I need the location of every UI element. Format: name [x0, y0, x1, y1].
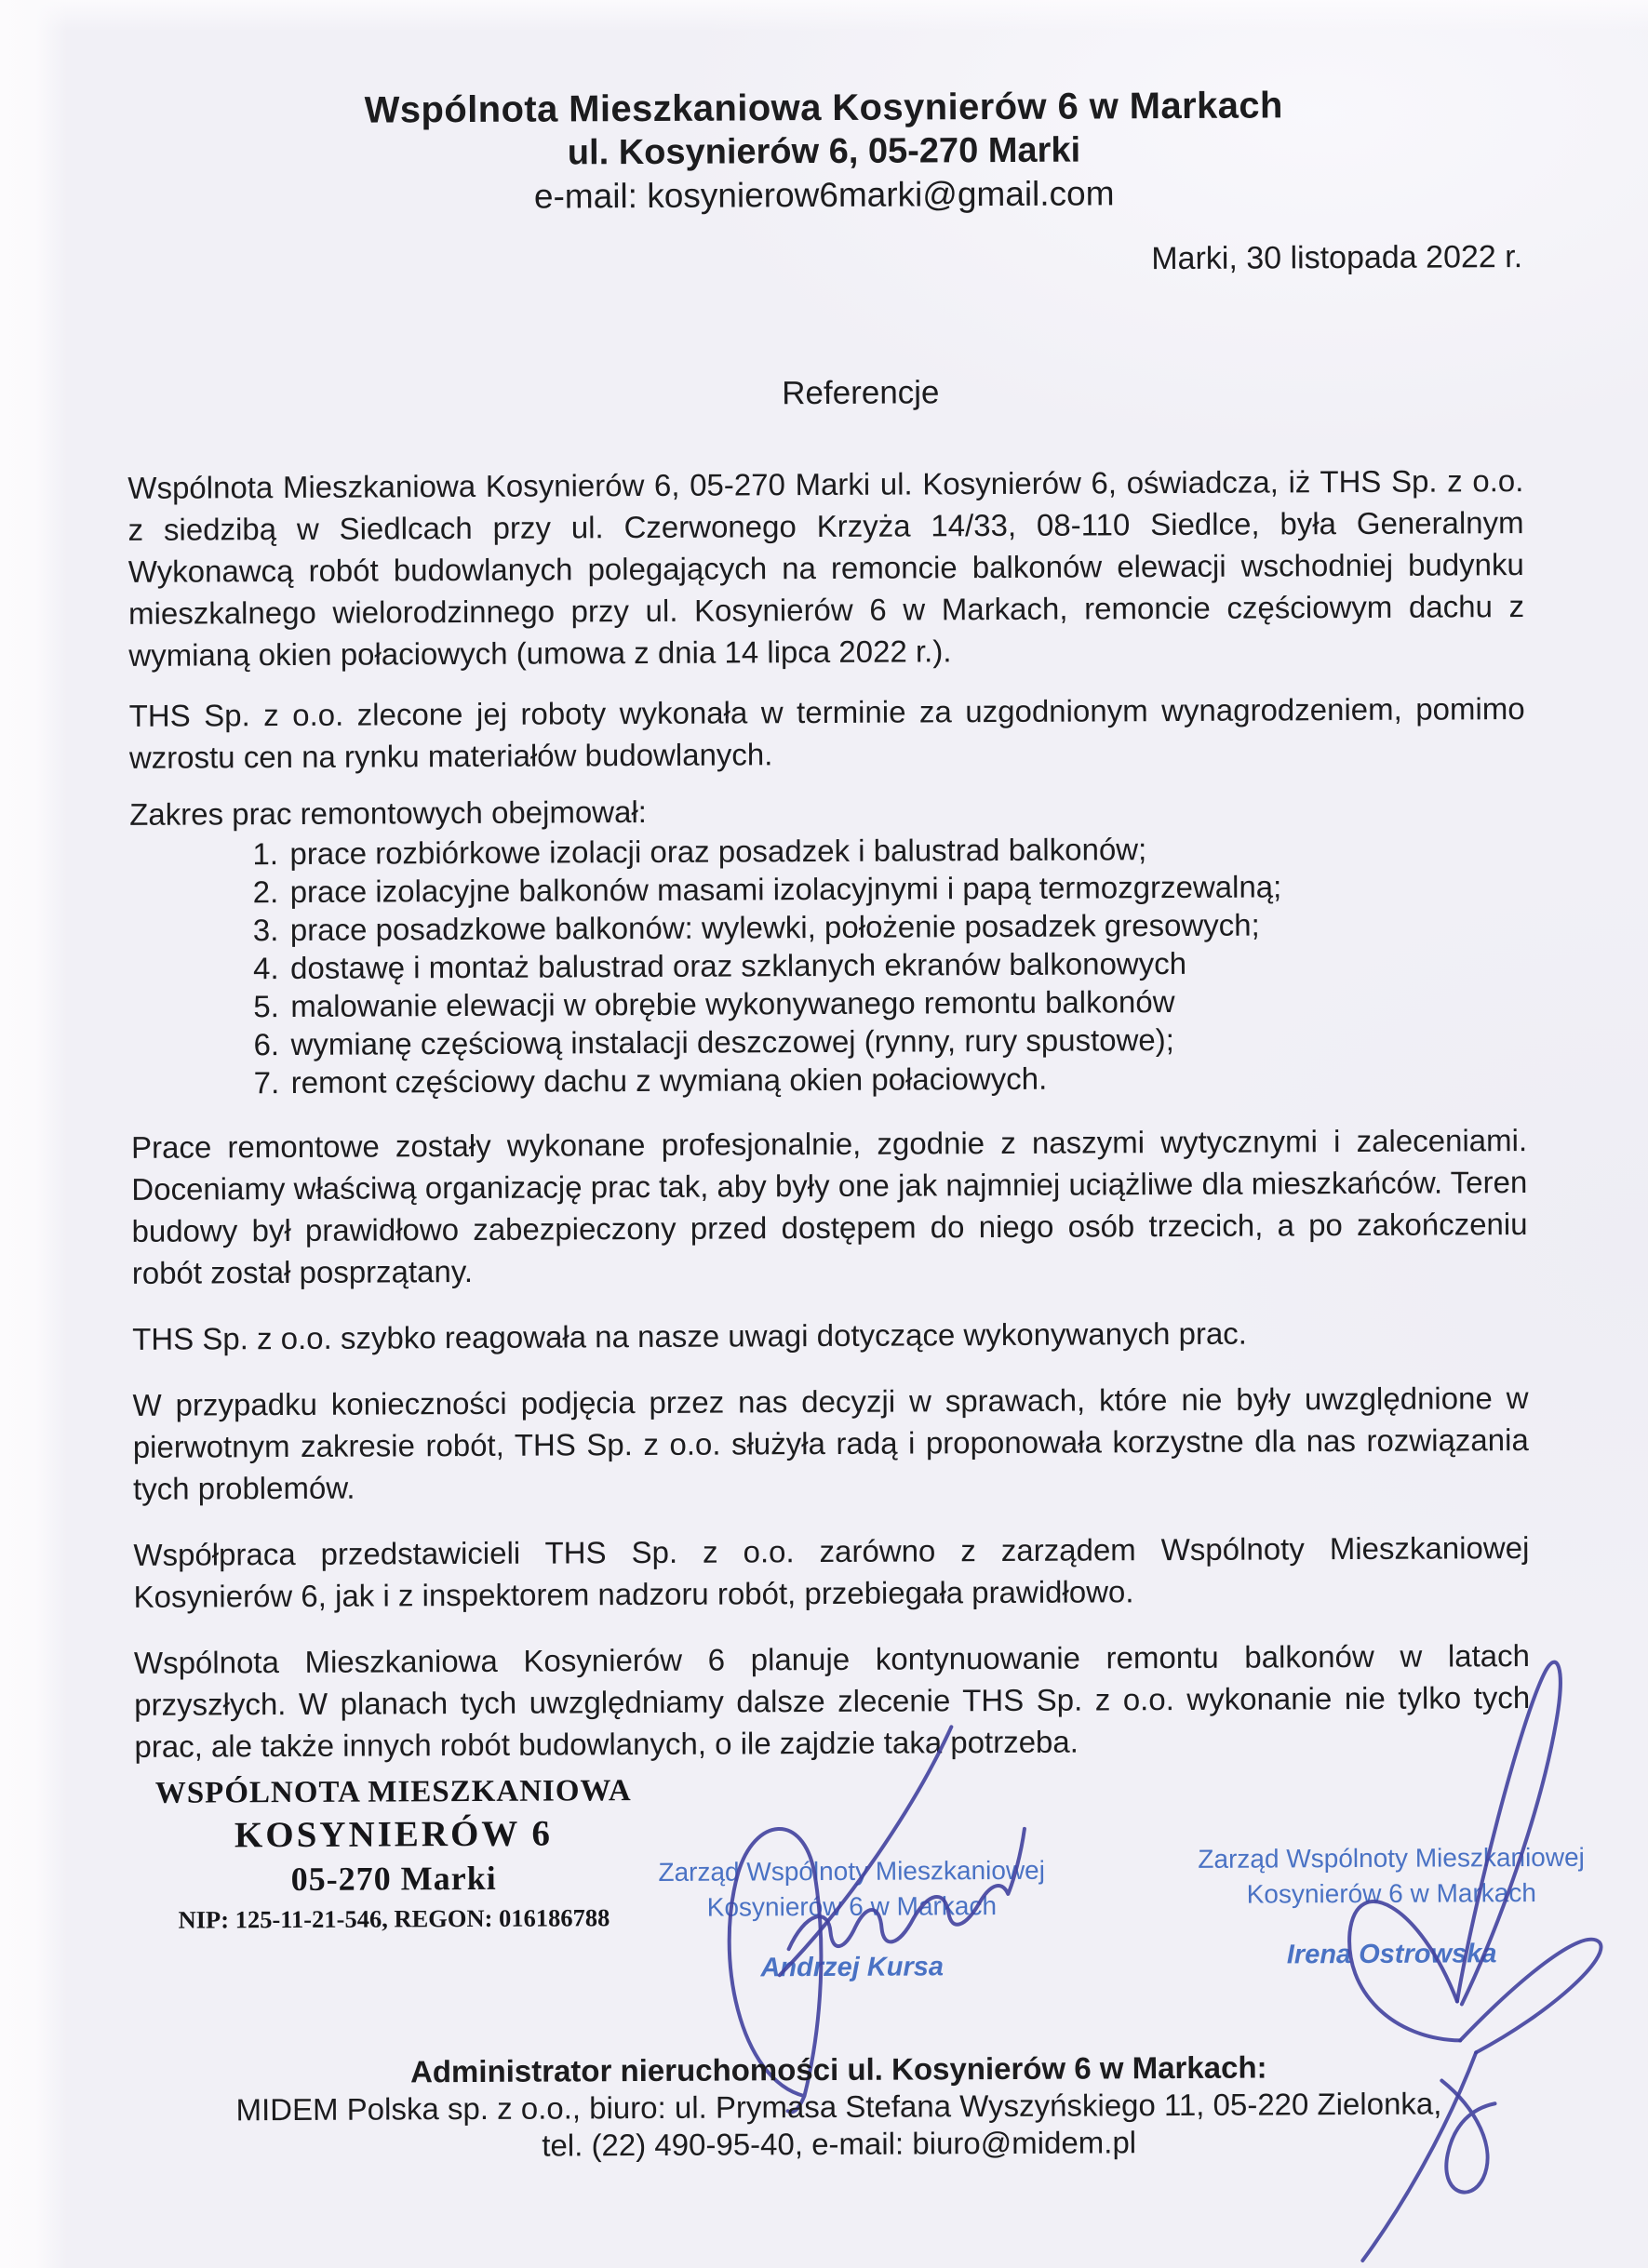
list-item-text: prace izolacyjne balkonów masami izolacy…	[290, 867, 1282, 911]
footer-administrator: Administrator nieruchomości ul. Kosynier…	[136, 2048, 1542, 2167]
list-item: 6.wymianę częściową instalacji deszczowe…	[253, 1019, 1526, 1063]
document-title: Referencje	[163, 368, 1559, 419]
list-item-text: wymianę częściową instalacji deszczowej …	[290, 1021, 1174, 1063]
footer-company-line: MIDEM Polska sp. z o.o., biuro: ul. Prym…	[136, 2085, 1541, 2129]
stamp-nip-regon-line: NIP: 125-11-21-546, REGON: 016186788	[124, 1899, 663, 1939]
list-item: 5.malowanie elewacji w obrębie wykonywan…	[253, 981, 1526, 1025]
signature-block-left: Zarząd Wspólnoty Mieszkaniowej Kosynieró…	[637, 1853, 1066, 1984]
list-item: 4.dostawę i montaż balustrad oraz szklan…	[253, 942, 1526, 987]
paragraph-future-plans: Wspólnota Mieszkaniowa Kosynierów 6 plan…	[134, 1634, 1531, 1768]
paragraph-responsiveness: THS Sp. z o.o. szybko reagowała na nasze…	[132, 1311, 1528, 1360]
scope-list: 1.prace rozbiórkowe izolacji oraz posadz…	[129, 828, 1526, 1102]
signatory-name: Andrzej Kursa	[638, 1952, 1066, 1984]
stamp-org-line: WSPÓLNOTA MIESZKANIOWA	[124, 1770, 663, 1814]
signature-stamp-line: Kosynierów 6 w Markach	[637, 1888, 1065, 1926]
list-item: 3.prace posadzkowe balkonów: wylewki, po…	[253, 904, 1526, 949]
list-item-number: 4.	[253, 949, 290, 987]
date-line: Marki, 30 listopada 2022 r.	[127, 238, 1522, 283]
stamp-street-line: KOSYNIERÓW 6	[124, 1811, 663, 1859]
list-item: 7.remont częściowy dachu z wymianą okien…	[254, 1057, 1527, 1101]
list-item-text: remont częściowy dachu z wymianą okien p…	[291, 1060, 1048, 1101]
paragraph-quality: Prace remontowe zostały wykonane profesj…	[131, 1119, 1528, 1294]
org-address-line: ul. Kosynierów 6, 05-270 Marki	[126, 127, 1521, 177]
signature-stamp-line: Kosynierów 6 w Markach	[1154, 1874, 1628, 1913]
letter-sheet: Wspólnota Mieszkaniowa Kosynierów 6 w Ma…	[0, 0, 1648, 2268]
list-item-number: 3.	[253, 911, 290, 949]
signatory-name: Irena Ostrowska	[1155, 1938, 1629, 1971]
list-item-text: dostawę i montaż balustrad oraz szklanyc…	[290, 944, 1186, 987]
scope-heading: Zakres prac remontowych obejmował:	[129, 786, 1525, 835]
list-item-number: 6.	[253, 1025, 290, 1063]
list-item-text: prace rozbiórkowe izolacji oraz posadzek…	[289, 830, 1146, 873]
stamp-city-line: 05-270 Marki	[124, 1856, 663, 1901]
org-email-line: e-mail: kosynierow6marki@gmail.com	[127, 169, 1522, 221]
scanned-letter-page: Wspólnota Mieszkaniowa Kosynierów 6 w Ma…	[0, 0, 1648, 2268]
list-item: 1.prace rozbiórkowe izolacji oraz posadz…	[252, 828, 1525, 873]
paragraph-cooperation: Współpraca przedstawicieli THS Sp. z o.o…	[133, 1527, 1529, 1618]
list-item-number: 5.	[253, 987, 290, 1025]
list-item-text: prace posadzkowe balkonów: wylewki, poło…	[290, 906, 1260, 949]
list-item: 2.prace izolacyjne balkonów masami izola…	[253, 866, 1526, 911]
list-item-number: 2.	[253, 873, 290, 911]
company-stamp: WSPÓLNOTA MIESZKANIOWA KOSYNIERÓW 6 05-2…	[124, 1770, 664, 1939]
org-name-line: Wspólnota Mieszkaniowa Kosynierów 6 w Ma…	[126, 82, 1521, 134]
signature-block-right: Zarząd Wspólnoty Mieszkaniowej Kosynieró…	[1154, 1839, 1629, 1971]
paragraph-decisions: W przypadku konieczności podjęcia przez …	[132, 1377, 1529, 1510]
list-item-number: 7.	[254, 1063, 291, 1101]
signature-stamp-line: Zarząd Wspólnoty Mieszkaniowej	[1154, 1839, 1628, 1877]
signature-stamp-line: Zarząd Wspólnoty Mieszkaniowej	[637, 1853, 1065, 1890]
paragraph-terms: THS Sp. z o.o. zlecone jej roboty wykona…	[129, 687, 1525, 779]
list-item-text: malowanie elewacji w obrębie wykonywaneg…	[290, 982, 1174, 1025]
paragraph-intro: Wspólnota Mieszkaniowa Kosynierów 6, 05-…	[127, 460, 1524, 676]
list-item-number: 1.	[252, 834, 289, 873]
footer-contact-line: tel. (22) 490-95-40, e-mail: biuro@midem…	[137, 2122, 1542, 2167]
letter-content: Wspólnota Mieszkaniowa Kosynierów 6 w Ma…	[126, 82, 1530, 1768]
